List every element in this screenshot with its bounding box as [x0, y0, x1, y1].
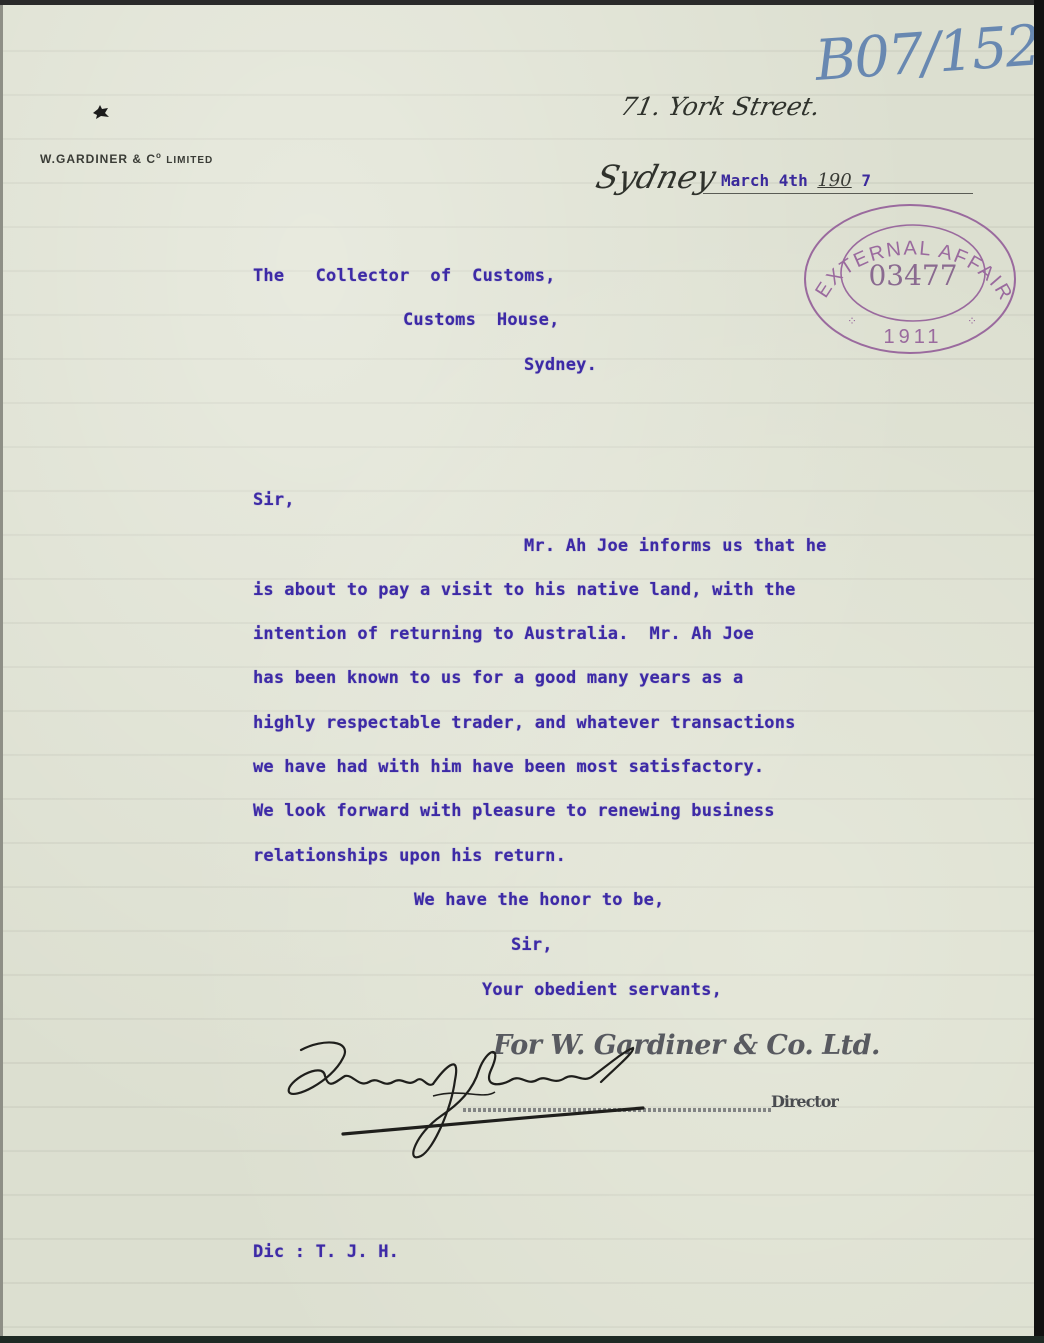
recipient-line-2: Customs House, [403, 310, 560, 330]
handwritten-reference-number: B07/1529 [813, 11, 1044, 94]
signatory-title: Director [771, 1092, 838, 1111]
stamp-year: 1911 [883, 326, 942, 348]
scan-border-right [1034, 0, 1044, 1343]
company-logo-icon [91, 104, 111, 120]
external-affairs-stamp: EXTERNAL AFFAIRS 03477 1911 ⁘ ⁘ [801, 197, 1019, 357]
company-name: W.GARDINER & Co LIMITED [40, 151, 213, 166]
body-line: intention of returning to Australia. Mr.… [253, 624, 754, 644]
date-underline [703, 193, 973, 194]
letter-date: March 4th 190 7 [721, 170, 871, 191]
svg-text:⁘: ⁘ [967, 314, 977, 328]
body-line: Mr. Ah Joe informs us that he [524, 536, 827, 556]
salutation: Sir, [253, 490, 295, 510]
letterhead-city: Sydney [592, 158, 720, 196]
closing-line-3: Your obedient servants, [482, 980, 722, 1000]
scan-border-top [0, 0, 1044, 5]
body-line: relationships upon his return. [253, 846, 566, 866]
svg-text:⁘: ⁘ [847, 314, 857, 328]
handwritten-signature [283, 1030, 723, 1170]
recipient-line-3: Sydney. [524, 355, 597, 375]
closing-line-2: Sir, [511, 935, 553, 955]
body-line: has been known to us for a good many yea… [253, 668, 743, 688]
stamp-number: 03477 [868, 259, 957, 292]
dictation-initials: Dic : T. J. H. [253, 1242, 399, 1262]
recipient-line-1: The Collector of Customs, [253, 266, 556, 286]
body-line: We look forward with pleasure to renewin… [253, 801, 775, 821]
closing-line-1: We have the honor to be, [414, 890, 664, 910]
date-year-prefix: 190 [817, 170, 851, 191]
body-line: is about to pay a visit to his native la… [253, 580, 796, 600]
date-month-day: March 4th [721, 171, 808, 190]
letterhead-street-address: 71. York Street. [618, 92, 823, 121]
scan-border-bottom [0, 1336, 1044, 1343]
body-line: highly respectable trader, and whatever … [253, 713, 796, 733]
date-year-suffix: 7 [861, 171, 871, 190]
letter-page: W.GARDINER & Co LIMITED 71. York Street.… [0, 0, 1034, 1336]
body-line: we have had with him have been most sati… [253, 757, 764, 777]
